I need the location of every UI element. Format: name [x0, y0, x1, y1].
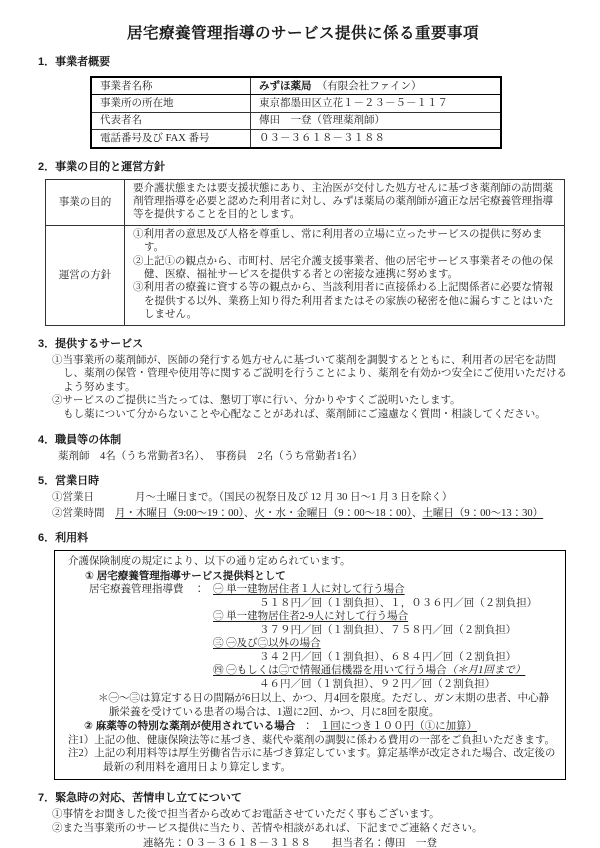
section-7-heading: 7．緊急時の対応、苦情申し立てについて — [38, 791, 568, 806]
address-label: 事業所の所在地 — [91, 95, 251, 112]
fee-row: 居宅療養管理指導費 ： ㊀ 単一建物居住者１人に対して行う場合 ５１８円／回（１… — [89, 583, 557, 691]
table-row: 事業者名称 みずほ薬局 （有限会社ファイン） — [91, 77, 501, 95]
business-name-label: 事業者名称 — [91, 77, 251, 95]
contact-line: 連絡先：０３－３６１８－３１８８ 担当者名：傳田 一登 — [143, 837, 568, 848]
pharmacy-company: （有限会社ファイン） — [312, 81, 422, 92]
fee-case-2-title: ㊁ 単一建物居住者2-9人に対して行う場合 — [213, 611, 408, 622]
fee-intro: 介護保険制度の規定により、以下の通り定められています。 — [68, 555, 557, 569]
service-item-2-continued: もし薬について分からないことや心配なことがあれば、薬剤師にご遠慮なく質問・相談し… — [52, 408, 568, 421]
fee-limit-note: ＊㊀～㊂は算定する日の間隔が6日以上、かつ、月4回を限度。ただし、ガン末期の患者… — [98, 692, 557, 719]
fee-label: 居宅療養管理指導費 ： — [89, 583, 213, 691]
policy-item-3: ③利用者の療養に資する等の観点から、当該利用者に直接係わる上記関係者に必要な情報… — [133, 281, 556, 321]
pharmacy-name: みずほ薬局 — [259, 81, 312, 92]
emergency-list: ①事情をお聞きした後で担当者から改めてお電話させていただく事もございます。 ②ま… — [52, 808, 568, 835]
policy-label: 運営の方針 — [46, 225, 125, 325]
fee-case-4-title-note: （＊月1回まで） — [447, 665, 526, 676]
fee-case-2-price: ３７９円／回（１割負担）、７５８円／回（２割負担） — [213, 624, 557, 638]
section-1-heading: 1．事業者概要 — [38, 55, 568, 70]
fee-case-3-title: ㊂ ㊀及び㊁以外の場合 — [213, 638, 321, 649]
table-row: 代表者名 傳田 一登（管理薬剤師） — [91, 112, 501, 129]
service-item-2: ②サービスのご提供に当たっては、懇切丁寧に行い、分かりやすくご説明いたします。 — [52, 394, 568, 407]
table-row: 運営の方針 ①利用者の意思及び人格を尊重し、常に利用者の立場に立ったサービスの提… — [46, 225, 565, 325]
hours-mon-thu: 月・木曜日（9:00～19：00） — [115, 508, 244, 519]
policy-item-2: ②上記①の観点から、市町村、居宅介護支援事業者、他の居宅サービス事業者その他の保… — [133, 255, 556, 282]
business-hours-label: ②営業時間 — [52, 507, 115, 520]
representative-value: 傳田 一登（管理薬剤師） — [251, 112, 502, 129]
phone-fax-value: ０３－３６１８－３１８８ — [251, 130, 502, 148]
section-5-heading: 5．営業日時 — [38, 474, 568, 489]
fee-item-1-heading: ① 居宅療養管理指導サービス提供料として — [85, 569, 557, 583]
business-days-row: ①営業日 月～土曜日まで。（国民の祝祭日及び 12 月 30 日～1 月 3 日… — [52, 491, 568, 504]
section-3-heading: 3．提供するサービス — [38, 337, 568, 352]
business-overview-table: 事業者名称 みずほ薬局 （有限会社ファイン） 事業所の所在地 東京都墨田区立花１… — [90, 76, 502, 149]
phone-fax-label: 電話番号及び FAX 番号 — [91, 130, 251, 148]
fee-case-1: ㊀ 単一建物居住者１人に対して行う場合 — [213, 583, 557, 597]
purpose-policy-table: 事業の目的 要介護状態または要支援状態にあり、主治医が交付した処方せんに基づき薬… — [45, 179, 565, 326]
fee-item-2-value: １回につき１００円（①に加算） — [320, 721, 477, 732]
business-hours-value: 月・木曜日（9:00～19：00）、火・水・金曜日（9：00～18：00）、土曜… — [115, 507, 543, 520]
purpose-text: 要介護状態または要支援状態にあり、主治医が交付した処方せんに基づき薬剤師の訪問薬… — [125, 179, 565, 225]
fee-footnote-2: 注2）上記の利用料等は厚生労働省告示に基づき算定しています。算定基準が改定された… — [68, 747, 557, 774]
fee-case-4-title-text: ㊃ ㊀もしくは㊁で情報通信機器を用いて行う場合 — [213, 665, 447, 676]
fee-case-2: ㊁ 単一建物居住者2-9人に対して行う場合 — [213, 610, 557, 624]
policy-item-1: ①利用者の意思及び人格を尊重し、常に利用者の立場に立ったサービスの提供に努めます… — [133, 228, 556, 255]
service-item-1: ①当事業所の薬剤師が、医師の発行する処方せんに基づいて薬剤を調製するとともに、利… — [52, 354, 568, 394]
document-page: 居宅療養管理指導のサービス提供に係る重要事項 1．事業者概要 事業者名称 みずほ… — [0, 0, 600, 848]
representative-label: 代表者名 — [91, 112, 251, 129]
fee-footnote-1: 注1）上記の他、健康保険法等に基づき、薬代や薬剤の調製に係わる費用の一部をご負担… — [68, 734, 557, 748]
hours-tue-wed-fri: 火・水・金曜日（9：00～18：00） — [254, 508, 412, 519]
policy-text: ①利用者の意思及び人格を尊重し、常に利用者の立場に立ったサービスの提供に努めます… — [125, 225, 565, 325]
table-row: 電話番号及び FAX 番号 ０３－３６１８－３１８８ — [91, 130, 501, 148]
fee-box: 介護保険制度の規定により、以下の通り定められています。 ① 居宅療養管理指導サー… — [54, 550, 566, 781]
section-6-heading: 6．利用料 — [38, 531, 568, 546]
emergency-item-1: ①事情をお聞きした後で担当者から改めてお電話させていただく事もございます。 — [52, 808, 568, 821]
separator: 、 — [412, 508, 423, 519]
business-days-value: 月～土曜日まで。（国民の祝祭日及び 12 月 30 日～1 月 3 日を除く） — [135, 491, 452, 504]
business-days-label: ①営業日 — [52, 491, 135, 504]
page-title: 居宅療養管理指導のサービス提供に係る重要事項 — [38, 24, 568, 44]
fee-case-3: ㊂ ㊀及び㊁以外の場合 — [213, 637, 557, 651]
fee-case-3-price: ３４２円／回（１割負担）、６８４円／回（２割負担） — [213, 651, 557, 665]
fee-item-2-line: ② 麻薬等の特別な薬剤が使用されている場合：１回につき１００円（①に加算） — [84, 720, 557, 734]
staff-line: 薬剤師 4名（うち常勤者3名）、 事務員 2名（うち常勤者1名） — [58, 450, 568, 463]
fee-case-1-title: ㊀ 単一建物居住者１人に対して行う場合 — [213, 584, 405, 595]
services-list: ①当事業所の薬剤師が、医師の発行する処方せんに基づいて薬剤を調製するとともに、利… — [52, 354, 568, 422]
fee-case-4-title: ㊃ ㊀もしくは㊁で情報通信機器を用いて行う場合（＊月1回まで） — [213, 665, 525, 676]
business-hours-row: ②営業時間 月・木曜日（9:00～19：00）、火・水・金曜日（9：00～18：… — [52, 507, 568, 520]
section-4-heading: 4．職員等の体制 — [38, 433, 568, 448]
emergency-item-2: ②また当事業所のサービス提供に当たり、苦情や相談があれば、下記までご連絡ください… — [52, 822, 568, 835]
section-2-heading: 2．事業の目的と運営方針 — [38, 160, 568, 175]
fee-case-4-price: ４６円／回（１割負担）、９２円／回（２割負担） — [213, 678, 557, 692]
purpose-label: 事業の目的 — [46, 179, 125, 225]
separator: ： — [302, 721, 313, 732]
separator: 、 — [244, 508, 255, 519]
address-value: 東京都墨田区立花１－２３－５－１１７ — [251, 95, 502, 112]
business-name-value: みずほ薬局 （有限会社ファイン） — [251, 77, 502, 95]
fee-cases: ㊀ 単一建物居住者１人に対して行う場合 ５１８円／回（１割負担）、１，０３６円／… — [213, 583, 557, 691]
fee-case-4: ㊃ ㊀もしくは㊁で情報通信機器を用いて行う場合（＊月1回まで） — [213, 664, 557, 678]
hours-sat: 土曜日（9：00～13：30） — [422, 508, 543, 519]
fee-item-2-heading: ② 麻薬等の特別な薬剤が使用されている場合 — [84, 720, 295, 732]
table-row: 事業の目的 要介護状態または要支援状態にあり、主治医が交付した処方せんに基づき薬… — [46, 179, 565, 225]
fee-case-1-price: ５１８円／回（１割負担）、１，０３６円／回（２割負担） — [213, 597, 557, 611]
table-row: 事業所の所在地 東京都墨田区立花１－２３－５－１１７ — [91, 95, 501, 112]
